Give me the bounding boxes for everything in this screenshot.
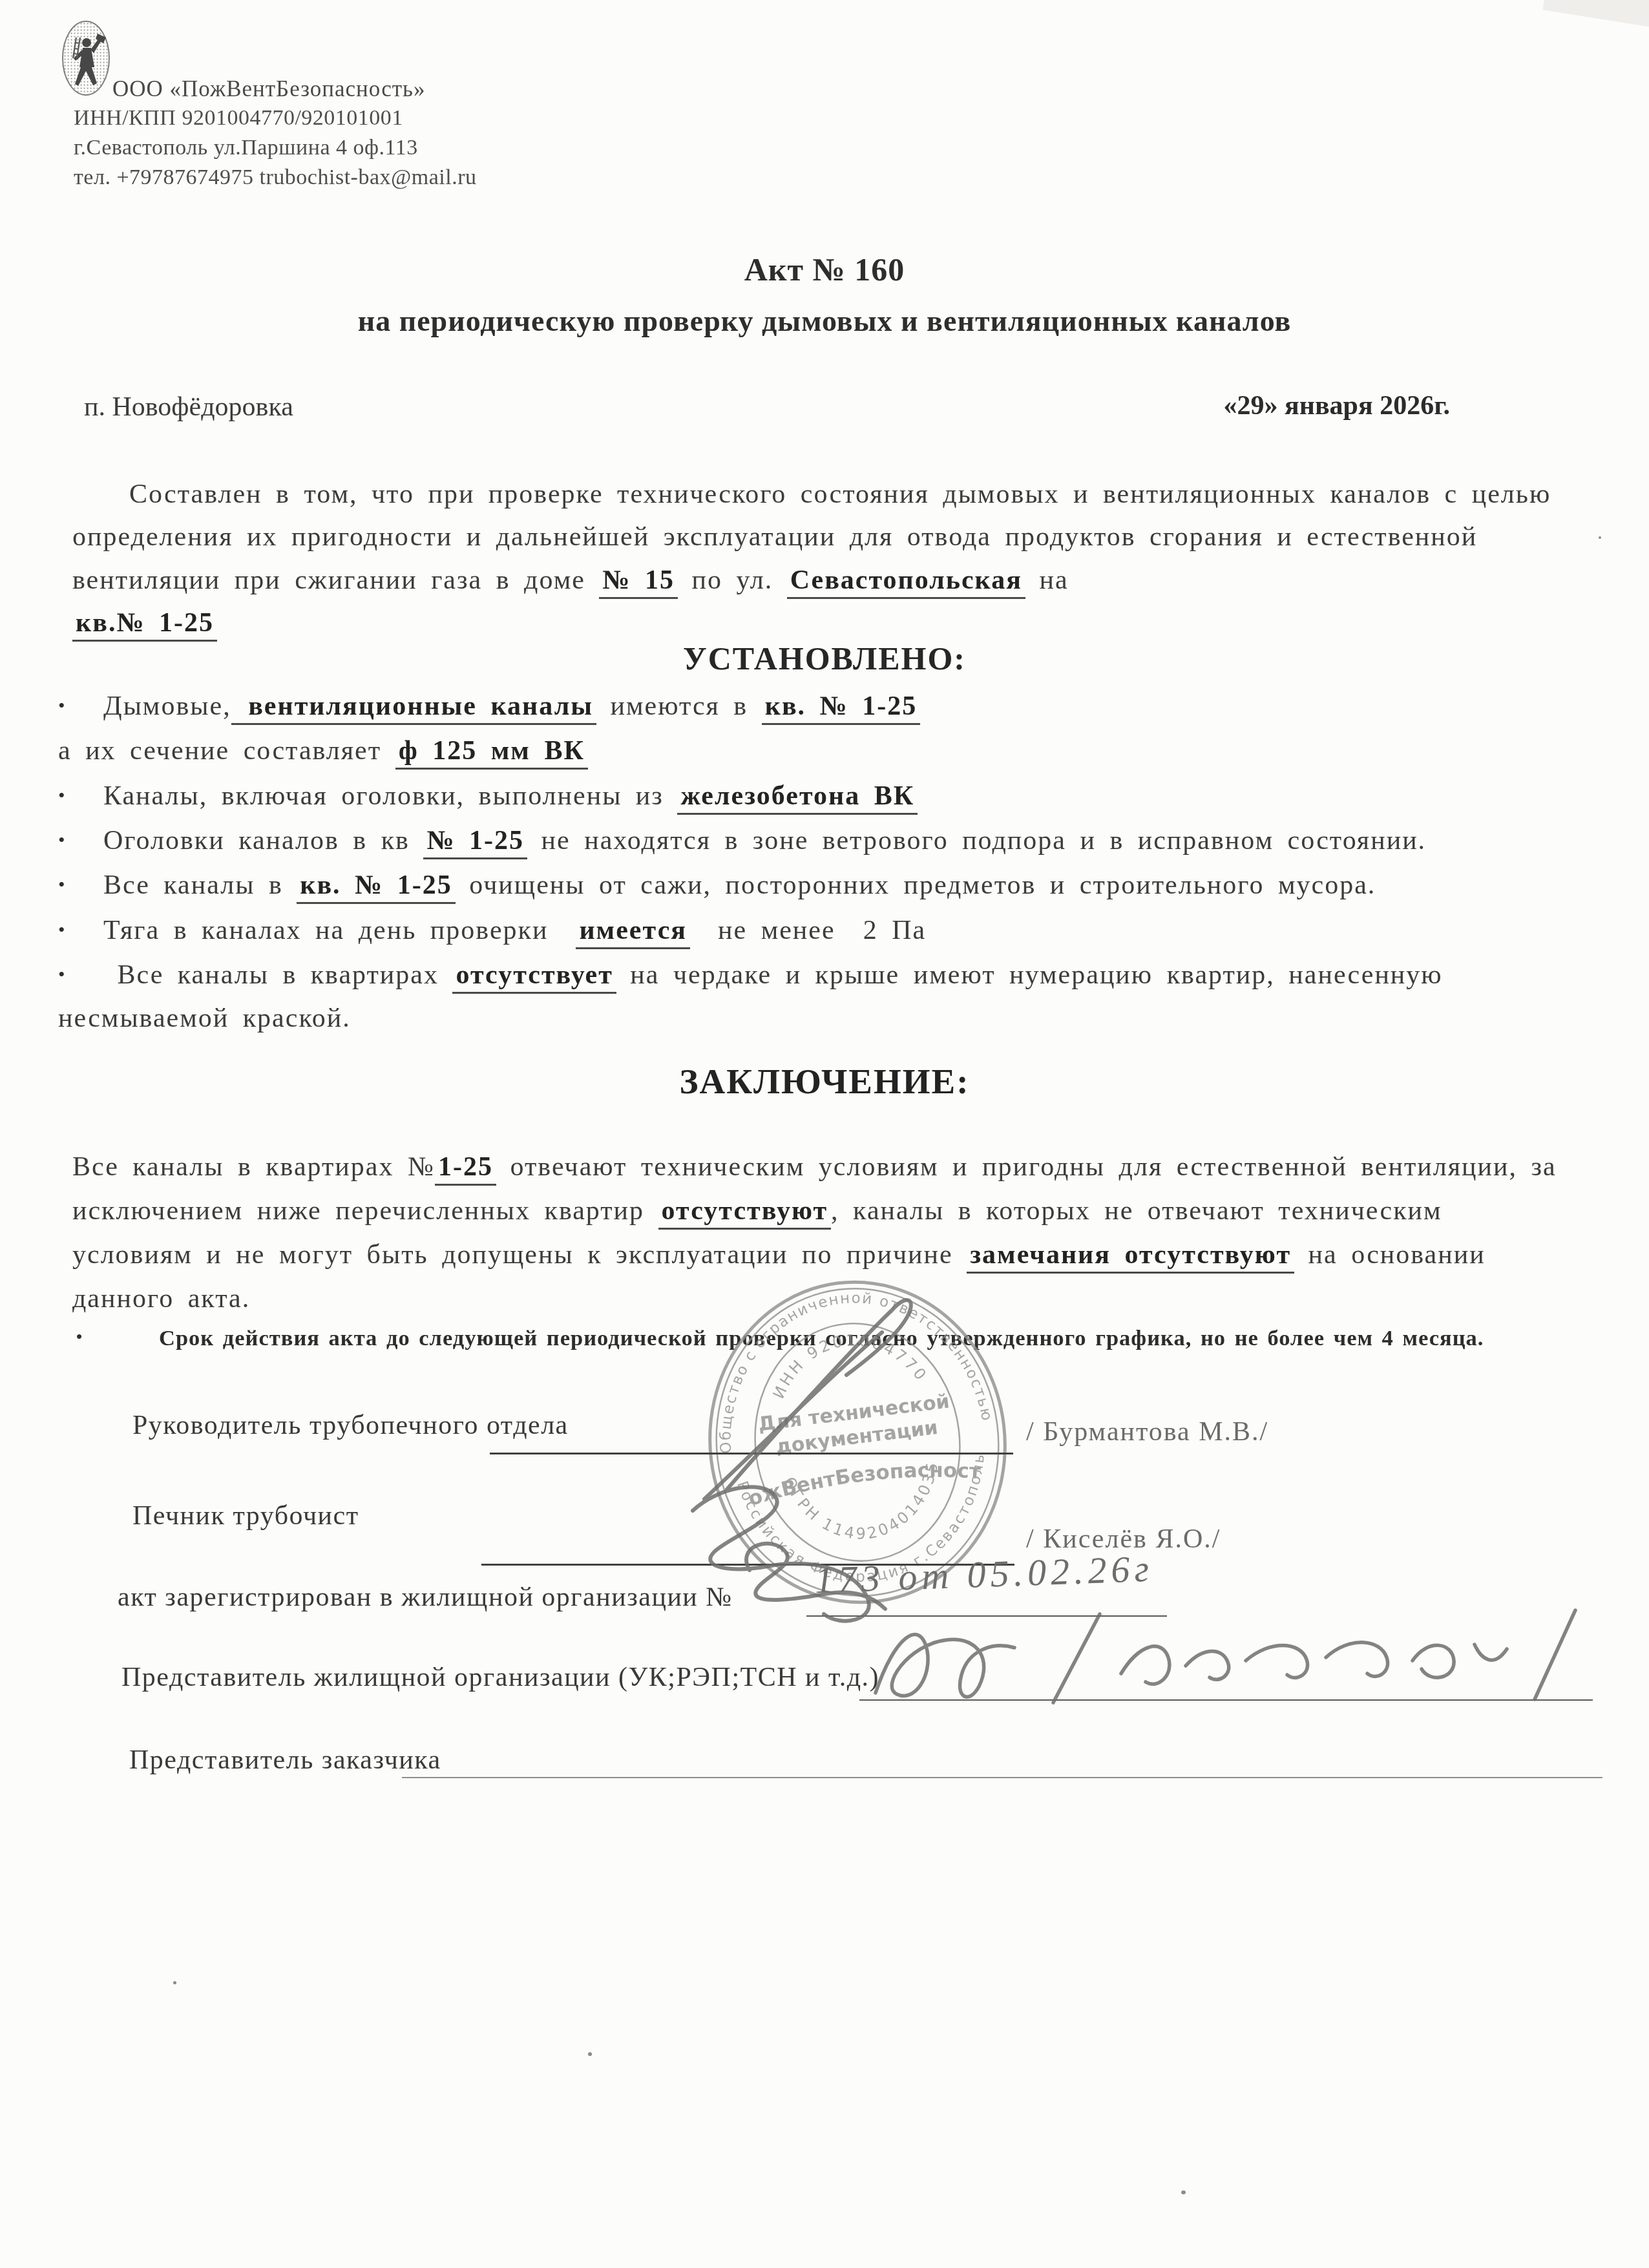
bullet-icon: •: [58, 825, 103, 856]
list-item: •Оголовки каналов в кв № 1-25 не находят…: [58, 819, 1609, 862]
document-subtitle: на периодическую проверку дымовых и вент…: [0, 304, 1649, 338]
scanned-act-document: { "letterhead": { "company": "ООО «ПожВе…: [0, 0, 1649, 2268]
document-place: п. Новофёдоровка: [84, 392, 293, 423]
registration-label: акт зарегистрирован в жилищной организац…: [118, 1582, 733, 1613]
list-item-text: Тяга в каналах на день проверки имеется …: [103, 916, 926, 949]
list-item-text: Каналы, включая оголовки, выполнены из ж…: [103, 781, 918, 815]
list-item-text: Все каналы в квартирах отсутствует на че…: [58, 960, 1443, 1033]
scan-corner-streak: [1542, 0, 1649, 31]
list-item: а их сечение составляет ф 125 мм ВК: [58, 730, 1609, 772]
list-item: •Тяга в каналах на день проверки имеется…: [58, 909, 1609, 952]
list-item: •Дымовые, вентиляционные каналы имеются …: [58, 685, 1609, 728]
intro-paragraph: Составлен в том, что при проверке технич…: [72, 473, 1591, 644]
established-list: •Дымовые, вентиляционные каналы имеются …: [58, 685, 1609, 1042]
rep-housing-label: Представитель жилищной организации (УК;Р…: [121, 1662, 879, 1693]
list-item: • Все каналы в квартирах отсутствует на …: [58, 954, 1609, 1040]
list-item-text: Все каналы в кв. № 1-25 очищены от сажи,…: [103, 870, 1376, 904]
signer-role-head: Руководитель трубопечного отдела: [132, 1410, 569, 1441]
list-item-text: Дымовые, вентиляционные каналы имеются в…: [103, 691, 920, 725]
bullet-icon: •: [58, 691, 103, 721]
list-item-text: Оголовки каналов в кв № 1-25 не находятс…: [103, 826, 1426, 859]
document-title: Акт № 160: [0, 251, 1649, 288]
list-item: •Каналы, включая оголовки, выполнены из …: [58, 775, 1609, 817]
bullet-icon: •: [58, 915, 103, 945]
scan-speck: [173, 1981, 176, 1984]
section-heading-conclusion: ЗАКЛЮЧЕНИЕ:: [0, 1061, 1649, 1102]
company-inn-kpp: ИНН/КПП 9201004770/920101001: [74, 103, 477, 133]
company-phone-email: тел. +79787674975 trubochist-bax@mail.ru: [74, 163, 477, 193]
company-address: г.Севастополь ул.Паршина 4 оф.113: [74, 133, 477, 163]
rep-housing-signature-handwriting: [859, 1596, 1602, 1732]
rep-customer-label: Представитель заказчика: [129, 1745, 441, 1776]
scan-speck: [1599, 536, 1601, 539]
document-date: «29» января 2026г.: [1223, 390, 1450, 421]
bullet-icon: •: [58, 870, 103, 900]
section-heading-established: УСТАНОВЛЕНО:: [0, 640, 1649, 677]
bullet-icon: •: [58, 781, 103, 811]
letterhead-details: ИНН/КПП 9201004770/920101001 г.Севастопо…: [74, 103, 477, 193]
company-name: ООО «ПожВентБезопасность»: [112, 76, 425, 102]
scan-speck: [1181, 2190, 1186, 2194]
scan-speck: [588, 2052, 592, 2056]
company-logo-icon: [61, 19, 111, 97]
list-item: •Все каналы в кв. № 1-25 очищены от сажи…: [58, 864, 1609, 907]
bullet-icon: •: [76, 1327, 159, 1347]
rep-customer-underline: [402, 1777, 1602, 1778]
signer-role-chimney-sweep: Печник трубочист: [132, 1500, 359, 1531]
list-item-text: а их сечение составляет ф 125 мм ВК: [58, 736, 588, 770]
bullet-icon: •: [58, 960, 103, 990]
